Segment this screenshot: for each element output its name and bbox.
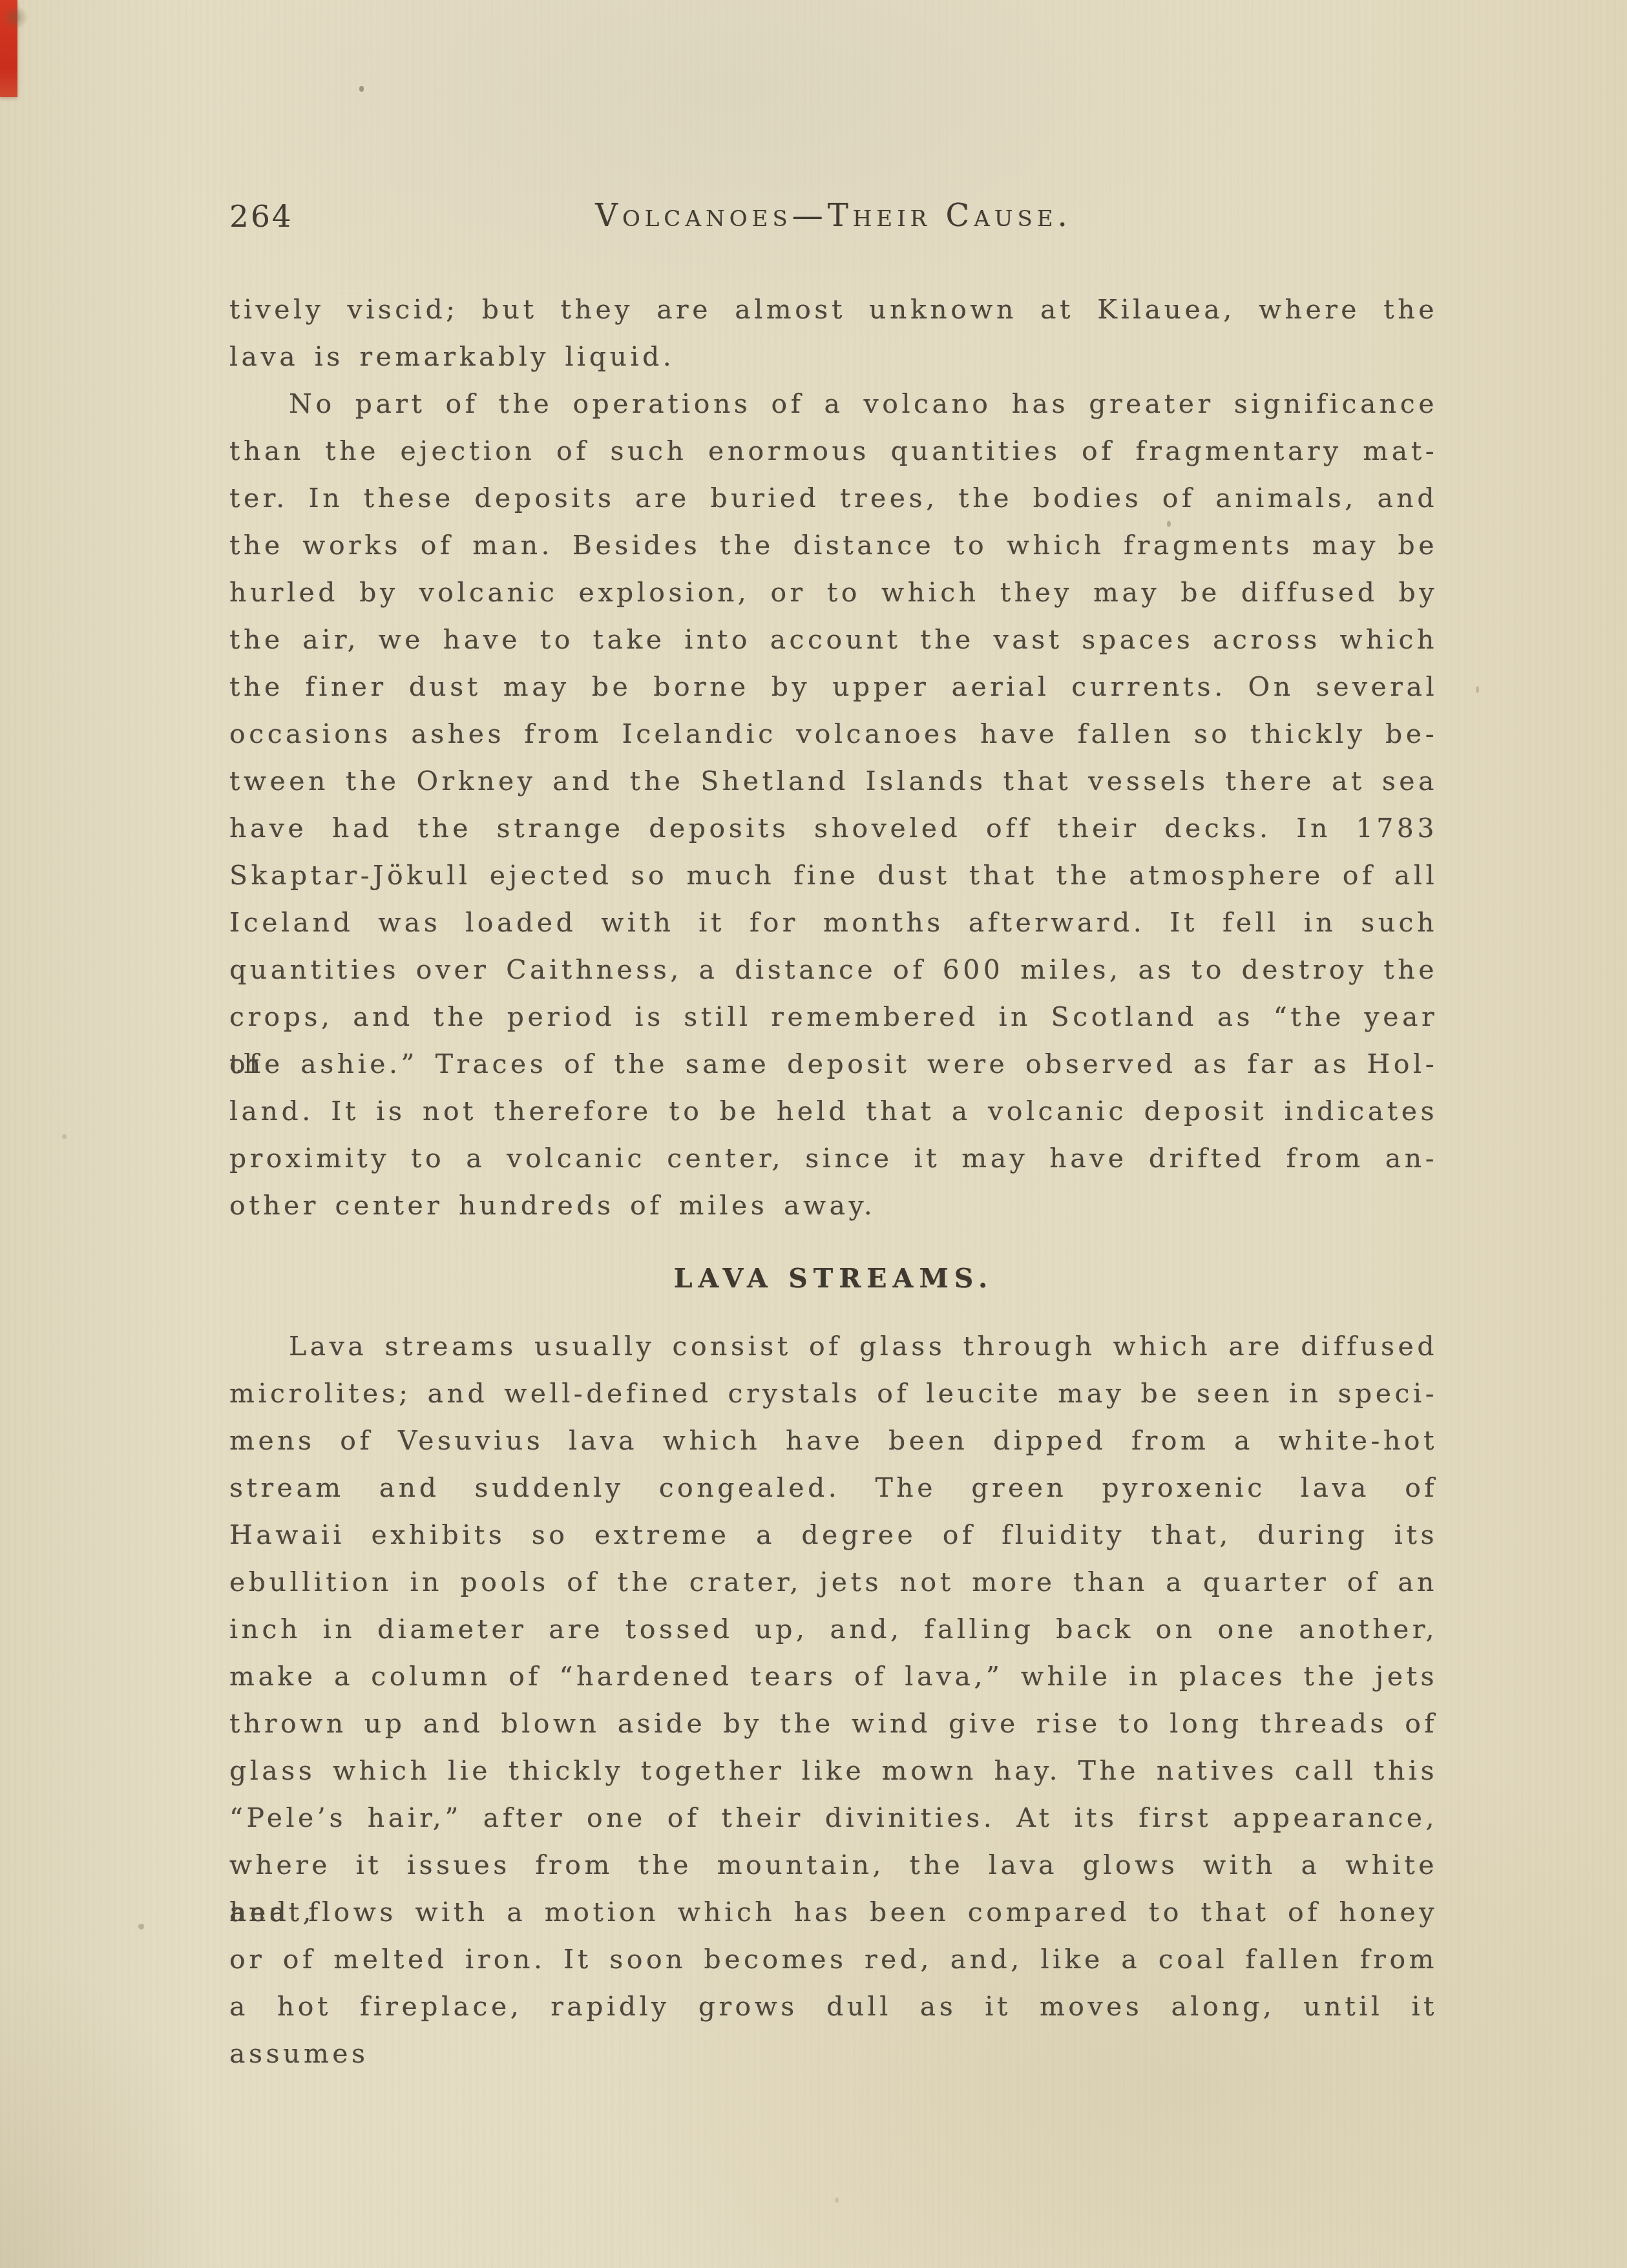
text-line: “Pele’s hair,” after one of their divini…: [229, 1795, 1438, 1842]
text-line: hurled by volcanic explosion, or to whic…: [229, 569, 1438, 616]
text-line: tively viscid; but they are almost unkno…: [229, 286, 1438, 333]
paragraph-0: tively viscid; but they are almost unkno…: [229, 286, 1438, 380]
text-line: stream and suddenly congealed. The green…: [229, 1464, 1438, 1512]
text-line: the ashie.” Traces of the same deposit w…: [229, 1041, 1438, 1088]
text-line: ebullition in pools of the crater, jets …: [229, 1559, 1438, 1606]
text-line: the finer dust may be borne by upper aer…: [229, 663, 1438, 711]
text-line: No part of the operations of a volcano h…: [229, 380, 1438, 428]
book-page-scan: 264 Volcanoes—Their Cause. tively viscid…: [0, 0, 1627, 2268]
text-line: make a column of “hardened tears of lava…: [229, 1653, 1438, 1700]
section-heading: LAVA STREAMS.: [229, 1253, 1438, 1304]
text-line: the works of man. Besides the distance t…: [229, 522, 1438, 569]
text-line: or of melted iron. It soon becomes red, …: [229, 1936, 1438, 1983]
text-line: proximity to a volcanic center, since it…: [229, 1135, 1438, 1182]
text-line: crops, and the period is still remembere…: [229, 994, 1438, 1041]
paper-speck: [359, 86, 364, 92]
text-block: tively viscid; but they are almost unkno…: [229, 286, 1438, 2030]
text-line: Hawaii exhibits so extreme a degree of f…: [229, 1512, 1438, 1559]
text-line: a hot fireplace, rapidly grows dull as i…: [229, 1983, 1438, 2030]
text-line: have had the strange deposits shoveled o…: [229, 805, 1438, 852]
paper-speck: [62, 1134, 67, 1139]
text-line: than the ejection of such enormous quant…: [229, 428, 1438, 475]
text-line: Lava streams usually consist of glass th…: [229, 1323, 1438, 1370]
text-line: ter. In these deposits are buried trees,…: [229, 475, 1438, 522]
text-line: Iceland was loaded with it for months af…: [229, 899, 1438, 946]
text-line: other center hundreds of miles away.: [229, 1182, 1438, 1229]
text-line: tween the Orkney and the Shetland Island…: [229, 758, 1438, 805]
text-line: mens of Vesuvius lava which have been di…: [229, 1417, 1438, 1464]
running-header: 264 Volcanoes—Their Cause.: [229, 198, 1438, 236]
text-line: where it issues from the mountain, the l…: [229, 1842, 1438, 1889]
text-line: Skaptar-Jökull ejected so much fine dust…: [229, 852, 1438, 899]
text-line: lava is remarkably liquid.: [229, 333, 1438, 380]
text-line: quantities over Caithness, a distance of…: [229, 946, 1438, 994]
paragraph-3: Lava streams usually consist of glass th…: [229, 1323, 1438, 2030]
text-line: and flows with a motion which has been c…: [229, 1889, 1438, 1936]
paper-smudge: [3, 5, 28, 30]
paper-speck: [835, 2198, 839, 2203]
text-line: glass which lie thickly together like mo…: [229, 1747, 1438, 1795]
paper-speck: [1476, 686, 1479, 693]
text-line: microlites; and well-defined crystals of…: [229, 1370, 1438, 1417]
text-line: inch in diameter are tossed up, and, fal…: [229, 1606, 1438, 1653]
text-line: occasions ashes from Icelandic volcanoes…: [229, 711, 1438, 758]
paper-speck: [138, 1924, 144, 1930]
text-line: the air, we have to take into account th…: [229, 616, 1438, 663]
running-head-title: Volcanoes—Their Cause.: [229, 198, 1438, 234]
text-line: thrown up and blown aside by the wind gi…: [229, 1700, 1438, 1747]
paragraph-1: No part of the operations of a volcano h…: [229, 380, 1438, 1229]
text-line: land. It is not therefore to be held tha…: [229, 1088, 1438, 1135]
